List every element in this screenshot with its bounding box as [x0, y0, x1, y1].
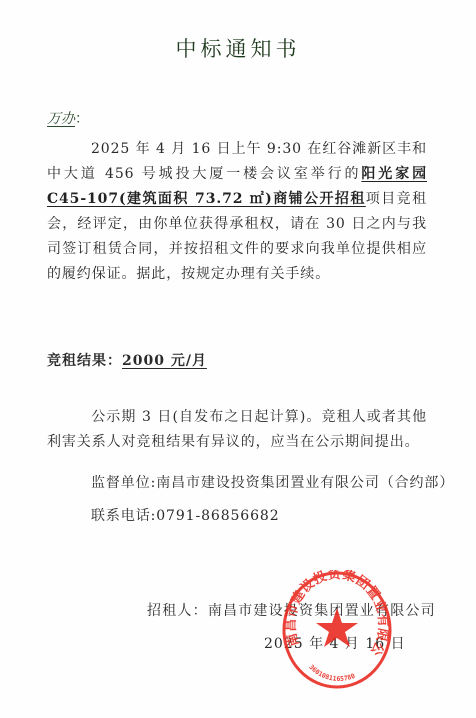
bid-result-value: 2000 元/月 [122, 353, 215, 369]
issuer-value: 南昌市建设投资集团置业有限公司 [208, 603, 436, 619]
bid-result-label: 竞租结果： [47, 353, 122, 369]
svg-text:3601081165780: 3601081165780 [307, 663, 356, 683]
publicity-paragraph: 公示期 3 日(自发布之日起计算)。竞租人或者其他利害关系人对竞租结果有异议的，… [47, 405, 427, 455]
issue-date: 2025 年 4 月 16 日 [264, 633, 406, 653]
supervisor-line: 监督单位:南昌市建设投资集团置业有限公司（合约部） [47, 472, 454, 492]
seal-number: 3601081165780 [307, 663, 356, 683]
supervisor-value: 南昌市建设投资集团置业有限公司（合约部） [156, 475, 454, 491]
publicity-text: 公示期 3 日(自发布之日起计算)。竞租人或者其他利害关系人对竞租结果有异议的，… [47, 409, 427, 450]
document-page: 中标通知书 万办： 2025 年 4 月 16 日上午 9:30 在红谷滩新区丰… [0, 0, 476, 718]
addressee: 万办： [47, 108, 89, 128]
addressee-colon: ： [75, 111, 89, 127]
supervisor-label: 监督单位: [91, 475, 156, 491]
issuer-label: 招租人： [147, 603, 208, 619]
phone-line: 联系电话:0791-86856682 [47, 505, 280, 525]
phone-label: 联系电话: [91, 508, 156, 524]
issuer-line: 招租人：南昌市建设投资集团置业有限公司 [147, 600, 436, 620]
notice-paragraph: 2025 年 4 月 16 日上午 9:30 在红谷滩新区丰和中大道 456 号… [47, 137, 427, 287]
phone-value: 0791-86856682 [156, 508, 279, 524]
addressee-name: 万办 [47, 111, 75, 127]
document-title: 中标通知书 [0, 33, 476, 63]
official-seal-icon: 南昌市建设投资集团置业有限公司 3601081165780 [281, 570, 393, 690]
bid-result: 竞租结果：2000 元/月 [47, 350, 215, 370]
